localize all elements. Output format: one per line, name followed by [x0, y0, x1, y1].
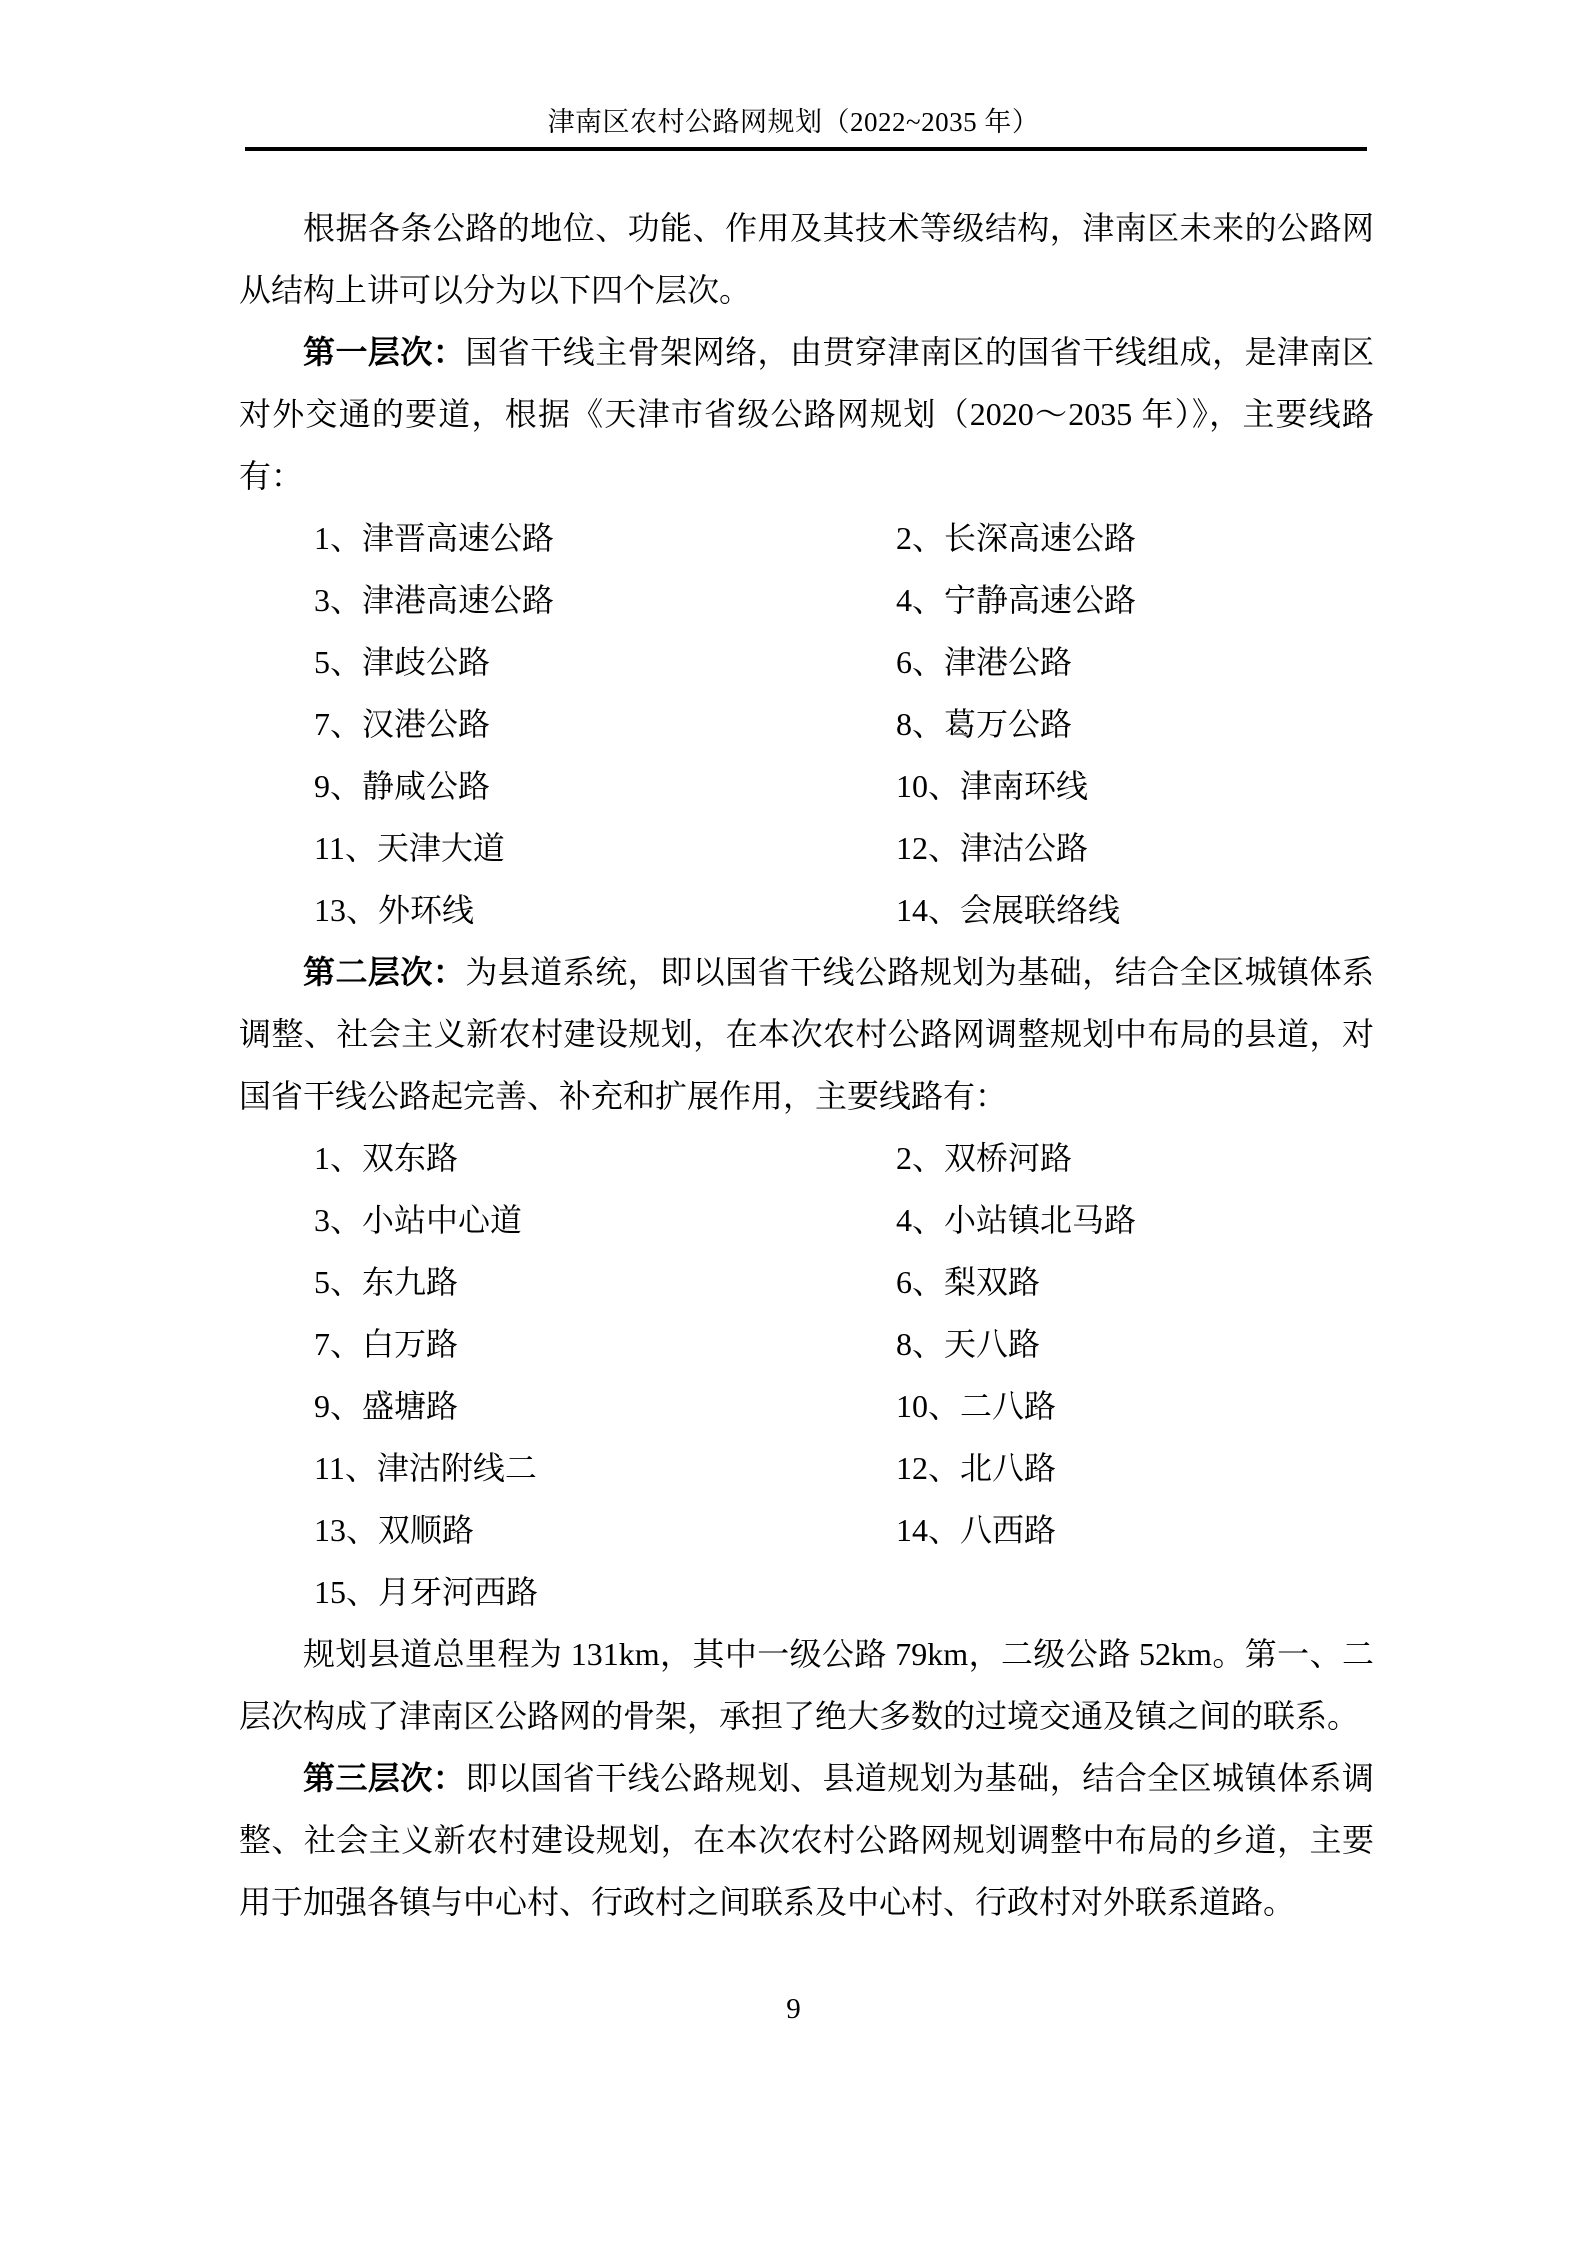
- road-item: 3、小站中心道: [314, 1189, 896, 1251]
- road-list-row: 3、小站中心道 4、小站镇北马路: [239, 1189, 1374, 1251]
- road-item: 12、北八路: [896, 1437, 1374, 1499]
- road-item: 9、静咸公路: [314, 755, 896, 817]
- road-item: 12、津沽公路: [896, 817, 1374, 879]
- road-list-level2: 1、双东路 2、双桥河路 3、小站中心道 4、小站镇北马路 5、东九路 6、梨双…: [239, 1127, 1374, 1623]
- road-item: 2、长深高速公路: [896, 507, 1374, 569]
- level1-heading: 第一层次：: [303, 334, 465, 370]
- road-item: 6、梨双路: [896, 1251, 1374, 1313]
- document-body: 根据各条公路的地位、功能、作用及其技术等级结构，津南区未来的公路网从结构上讲可以…: [239, 197, 1374, 1933]
- road-item: 13、双顺路: [314, 1499, 896, 1561]
- road-list-row: 9、静咸公路 10、津南环线: [239, 755, 1374, 817]
- road-item: 7、白万路: [314, 1313, 896, 1375]
- document-page: 津南区农村公路网规划（2022~2035 年） 根据各条公路的地位、功能、作用及…: [0, 0, 1587, 2245]
- road-list-row: 11、天津大道 12、津沽公路: [239, 817, 1374, 879]
- page-header: 津南区农村公路网规划（2022~2035 年）: [0, 0, 1587, 151]
- road-list-row: 7、白万路 8、天八路: [239, 1313, 1374, 1375]
- road-item: 1、津晋高速公路: [314, 507, 896, 569]
- page-number: 9: [0, 1991, 1587, 2027]
- road-list-level1: 1、津晋高速公路 2、长深高速公路 3、津港高速公路 4、宁静高速公路 5、津歧…: [239, 507, 1374, 941]
- road-list-row: 5、东九路 6、梨双路: [239, 1251, 1374, 1313]
- paragraph-level3: 第三层次：即以国省干线公路规划、县道规划为基础，结合全区城镇体系调整、社会主义新…: [239, 1747, 1374, 1933]
- road-item: 6、津港公路: [896, 631, 1374, 693]
- road-item: 4、宁静高速公路: [896, 569, 1374, 631]
- road-item: 9、盛塘路: [314, 1375, 896, 1437]
- road-item: 5、津歧公路: [314, 631, 896, 693]
- road-item: 8、天八路: [896, 1313, 1374, 1375]
- road-list-row: 7、汉港公路 8、葛万公路: [239, 693, 1374, 755]
- road-item: 14、八西路: [896, 1499, 1374, 1561]
- road-item: 3、津港高速公路: [314, 569, 896, 631]
- road-item: 11、天津大道: [314, 817, 896, 879]
- level3-heading: 第三层次：: [303, 1760, 465, 1796]
- road-item: 13、外环线: [314, 879, 896, 941]
- road-item: [896, 1561, 1374, 1623]
- road-list-row: 9、盛塘路 10、二八路: [239, 1375, 1374, 1437]
- paragraph-level1: 第一层次：国省干线主骨架网络，由贯穿津南区的国省干线组成，是津南区对外交通的要道…: [239, 321, 1374, 507]
- header-divider: [245, 147, 1367, 151]
- road-item: 7、汉港公路: [314, 693, 896, 755]
- road-item: 4、小站镇北马路: [896, 1189, 1374, 1251]
- road-item: 10、二八路: [896, 1375, 1374, 1437]
- paragraph-intro: 根据各条公路的地位、功能、作用及其技术等级结构，津南区未来的公路网从结构上讲可以…: [239, 197, 1374, 321]
- road-list-row: 13、外环线 14、会展联络线: [239, 879, 1374, 941]
- road-item: 14、会展联络线: [896, 879, 1374, 941]
- paragraph-level2: 第二层次：为县道系统，即以国省干线公路规划为基础，结合全区城镇体系调整、社会主义…: [239, 941, 1374, 1127]
- road-item: 11、津沽附线二: [314, 1437, 896, 1499]
- road-item: 2、双桥河路: [896, 1127, 1374, 1189]
- road-list-row: 15、月牙河西路: [239, 1561, 1374, 1623]
- paragraph-summary: 规划县道总里程为 131km，其中一级公路 79km，二级公路 52km。第一、…: [239, 1623, 1374, 1747]
- road-item: 5、东九路: [314, 1251, 896, 1313]
- header-title: 津南区农村公路网规划（2022~2035 年）: [0, 0, 1587, 138]
- road-list-row: 5、津歧公路 6、津港公路: [239, 631, 1374, 693]
- road-item: 8、葛万公路: [896, 693, 1374, 755]
- road-item: 1、双东路: [314, 1127, 896, 1189]
- road-list-row: 1、双东路 2、双桥河路: [239, 1127, 1374, 1189]
- road-list-row: 13、双顺路 14、八西路: [239, 1499, 1374, 1561]
- road-list-row: 11、津沽附线二 12、北八路: [239, 1437, 1374, 1499]
- road-list-row: 1、津晋高速公路 2、长深高速公路: [239, 507, 1374, 569]
- road-item: 15、月牙河西路: [314, 1561, 896, 1623]
- level2-heading: 第二层次：: [303, 954, 465, 990]
- road-list-row: 3、津港高速公路 4、宁静高速公路: [239, 569, 1374, 631]
- road-item: 10、津南环线: [896, 755, 1374, 817]
